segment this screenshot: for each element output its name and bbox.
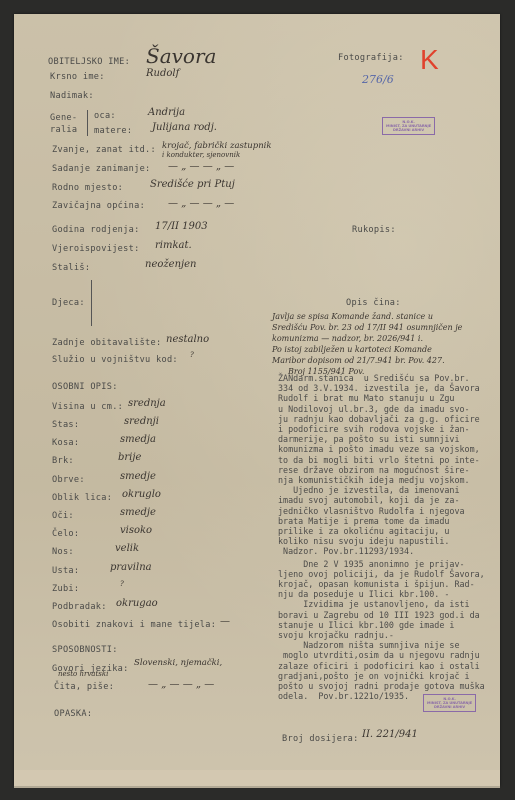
label-height: Visina u cm.: (52, 402, 123, 412)
generalia-bracket (87, 110, 88, 136)
label-marital-status: Stališ: (52, 263, 90, 273)
value-teeth: ? (120, 580, 124, 588)
label-generalia: Gene- ralia (50, 112, 77, 136)
label-crime-description: Opis čina: (346, 298, 401, 308)
label-hair: Kosa: (52, 438, 79, 448)
label-face-shape: Oblik lica: (52, 493, 112, 503)
label-nose: Nos: (52, 547, 74, 557)
label-photo: Fotografija: (338, 53, 404, 63)
label-family-name: OBITELJSKO IME: (48, 57, 130, 67)
value-height: srednja (128, 398, 166, 409)
value-profession-line2: i kondukter, sjenovnik (162, 151, 240, 159)
label-profession: Zvanje, zanat itd.: (52, 145, 156, 155)
value-reads-writes: — „ — — „ — (148, 679, 214, 690)
label-dossier-number: Broj dosijera: (282, 734, 359, 744)
label-teeth: Zubi: (52, 584, 79, 594)
value-chin: okrugao (116, 598, 158, 609)
value-dossier-number: II. 221/941 (362, 729, 418, 740)
label-birth-date: Godina rodjenja: (52, 225, 140, 235)
label-reads-writes: Čita, piše: (54, 682, 114, 692)
label-father: oca: (94, 111, 116, 121)
value-eyebrows: smedje (120, 471, 156, 482)
label-last-residence: Zadnje obitavalište: (52, 338, 161, 348)
label-military-service: Služio u vojništvu kod: (52, 355, 178, 365)
value-family-name: Šavora (146, 44, 216, 68)
value-marital-status: neoženjen (145, 259, 196, 270)
value-military-service: ? (190, 351, 194, 359)
label-forehead: Čelo: (52, 529, 79, 539)
label-handwriting: Rukopis: (352, 225, 396, 235)
value-birth-date: 17/II 1903 (155, 221, 208, 232)
photo-reference: 276/6 (362, 73, 394, 86)
value-father: Andrija (148, 107, 185, 118)
label-home-municipality: Zavičajna općina: (52, 201, 145, 211)
value-distinguishing-marks: — (220, 616, 230, 627)
paper-torn-edge (14, 770, 500, 788)
value-profession: krojač, fabrički zastupnik (162, 141, 272, 151)
archive-stamp-bottom: N.O.K.MINIST. ZA UNUTARNJEDRŽAVNI ARHIV (423, 694, 476, 712)
label-eyebrows: Obrve: (52, 475, 85, 485)
value-mouth: pravilna (110, 562, 152, 573)
value-first-name: Rudolf (146, 68, 179, 79)
value-hair: smedja (120, 434, 156, 445)
label-first-name: Krsno ime: (50, 72, 105, 82)
label-moustache: Brk: (52, 456, 74, 466)
label-chin: Podbradak: (52, 602, 107, 612)
label-distinguishing-marks: Osobiti znakovi i mane tijela: (52, 620, 216, 630)
value-home-municipality: — „ — — „ — (168, 198, 234, 209)
value-religion: rimkat. (155, 240, 192, 251)
label-religion: Vjeroispovijest: (52, 244, 140, 254)
value-birthplace: Središće pri Ptuj (150, 179, 235, 190)
value-last-residence: nestalno (166, 334, 209, 345)
label-current-occupation: Sadanje zanimanje: (52, 164, 151, 174)
value-build: srednji (124, 416, 159, 427)
label-children: Djeca: (52, 298, 85, 308)
label-mouth: Usta: (52, 566, 79, 576)
typed-police-report: ŽANdarm.stanica u Središću sa Pov.br.334… (278, 373, 488, 702)
value-current-occupation: — „ — — „ — (168, 161, 234, 172)
value-face-shape: okruglo (122, 489, 161, 500)
value-mother: Julijana rodj. (152, 122, 217, 133)
heading-personal-description: OSOBNI OPIS: (52, 382, 118, 392)
handwritten-notes: Javlja se spisa Komande žand. stanice uS… (272, 311, 500, 377)
red-k-mark: K (420, 44, 439, 76)
value-forehead: visoko (120, 525, 152, 536)
label-eyes: Oči: (52, 511, 74, 521)
value-languages-line2: nešto hrvatski (58, 670, 108, 678)
value-eyes: smedje (120, 507, 156, 518)
label-birthplace: Rodno mjesto: (52, 183, 123, 193)
value-nose: velik (115, 543, 139, 554)
label-nickname: Nadimak: (50, 91, 94, 101)
label-remark: OPASKA: (54, 709, 92, 719)
label-build: Stas: (52, 420, 79, 430)
children-bracket (91, 280, 92, 326)
value-moustache: brije (118, 452, 141, 463)
value-languages: Slovenski, njemački, (134, 658, 222, 668)
archive-stamp-top: N.O.K.MINIST. ZA UNUTARNJEDRŽAVNI ARHIV (382, 117, 435, 135)
heading-abilities: SPOSOBNOSTI: (52, 645, 118, 655)
label-mother: matere: (94, 126, 132, 136)
